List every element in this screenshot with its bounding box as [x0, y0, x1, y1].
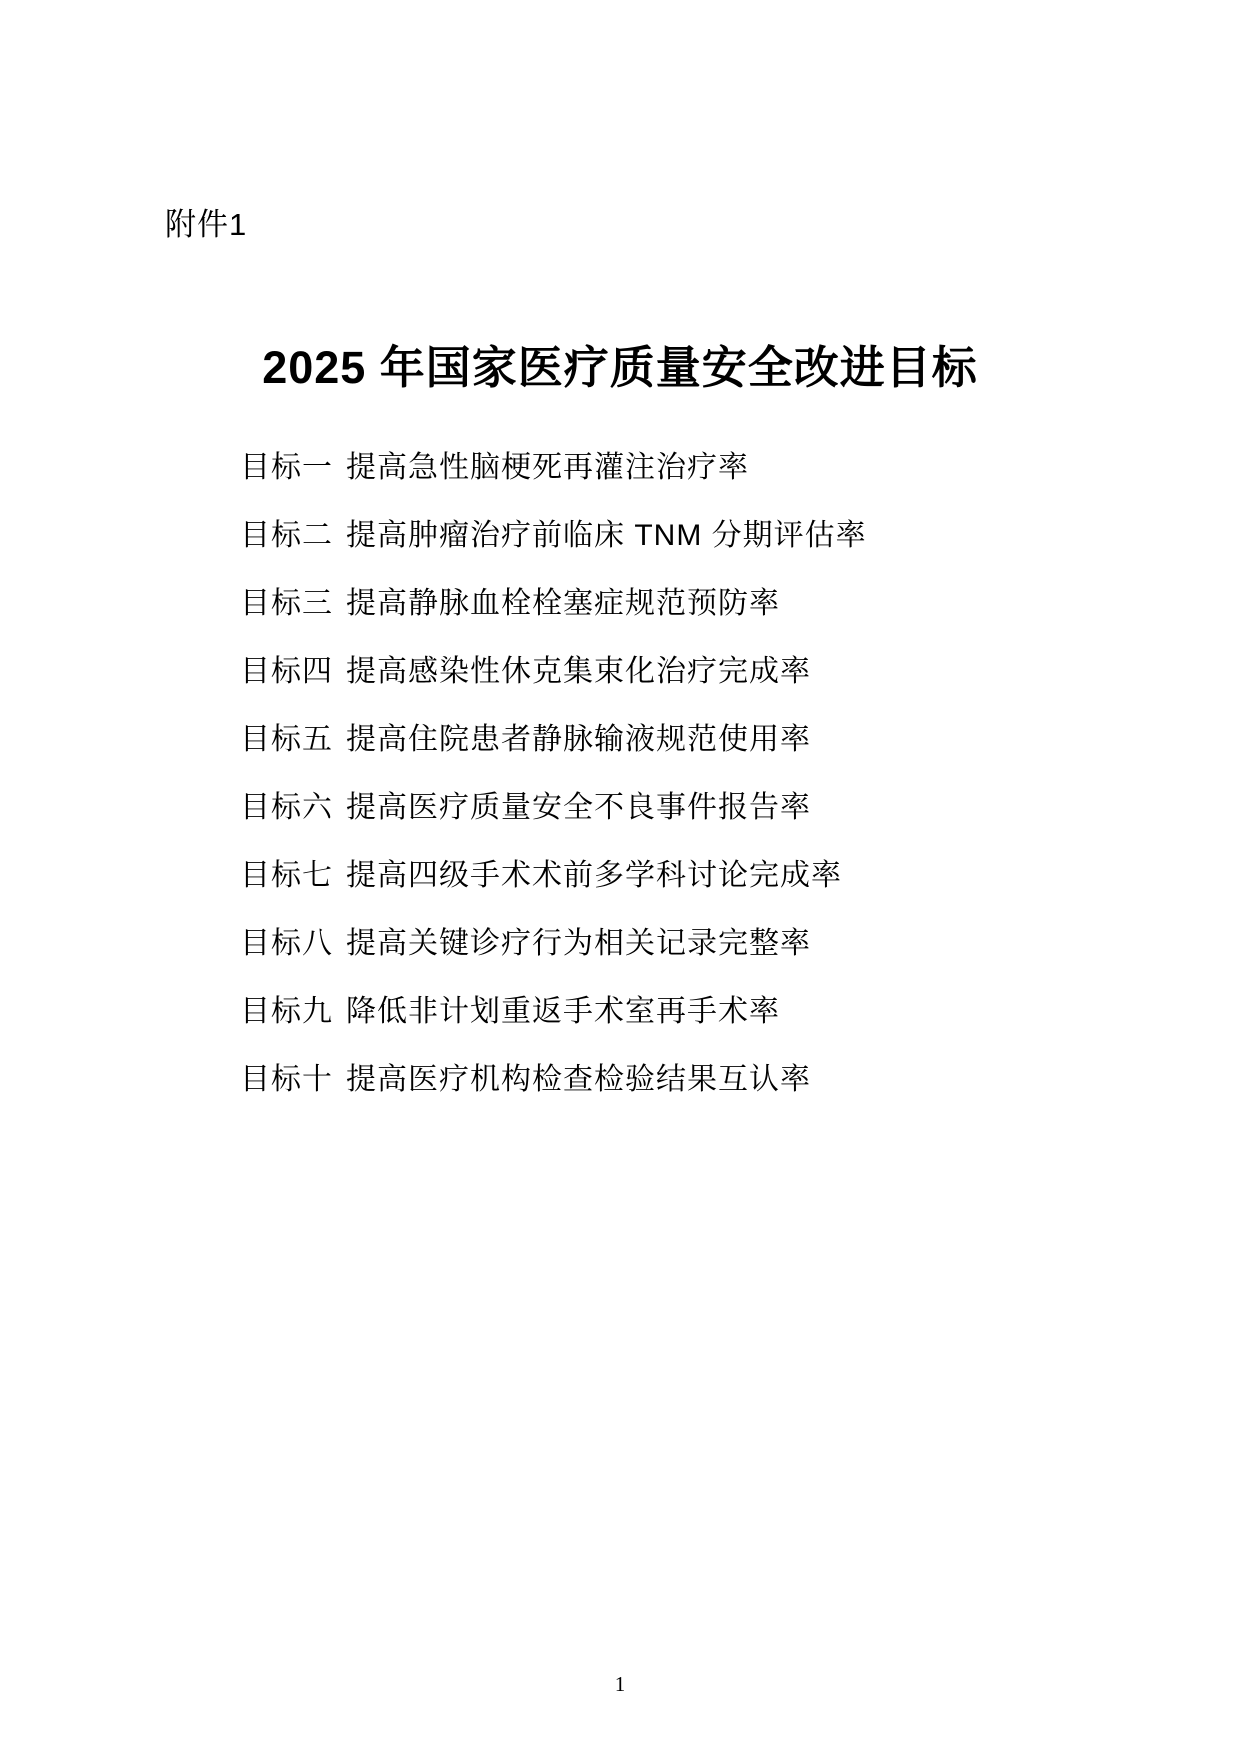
goal-number: 目标六	[240, 793, 333, 823]
goal-number: 目标十	[240, 1065, 333, 1095]
goal-item: 目标八 提高关键诊疗行为相关记录完整率	[240, 910, 1120, 978]
goal-text: 提高肿瘤治疗前临床 TNM 分期评估率	[346, 521, 867, 551]
goal-item: 目标七 提高四级手术术前多学科讨论完成率	[240, 842, 1120, 910]
goal-number: 目标五	[240, 725, 333, 755]
goal-text: 提高关键诊疗行为相关记录完整率	[346, 929, 811, 959]
page-number: 1	[0, 1672, 1240, 1697]
goal-text: 降低非计划重返手术室再手术率	[346, 997, 780, 1027]
attachment-label: 附件1	[165, 208, 247, 242]
goal-number: 目标四	[240, 657, 333, 687]
goal-item: 目标五 提高住院患者静脉输液规范使用率	[240, 706, 1120, 774]
goal-text: 提高四级手术术前多学科讨论完成率	[346, 861, 842, 891]
goal-number: 目标七	[240, 861, 333, 891]
document-page: 附件1 2025 年国家医疗质量安全改进目标 目标一 提高急性脑梗死再灌注治疗率…	[0, 0, 1240, 1754]
goal-item: 目标一 提高急性脑梗死再灌注治疗率	[240, 434, 1120, 502]
goal-item: 目标十 提高医疗机构检查检验结果互认率	[240, 1046, 1120, 1114]
goal-item: 目标二 提高肿瘤治疗前临床 TNM 分期评估率	[240, 502, 1120, 570]
goal-number: 目标一	[240, 453, 333, 483]
goal-item: 目标九 降低非计划重返手术室再手术率	[240, 978, 1120, 1046]
goal-text: 提高医疗机构检查检验结果互认率	[346, 1065, 811, 1095]
goal-text: 提高医疗质量安全不良事件报告率	[346, 793, 811, 823]
goal-number: 目标九	[240, 997, 333, 1027]
goal-number: 目标八	[240, 929, 333, 959]
goal-list: 目标一 提高急性脑梗死再灌注治疗率 目标二 提高肿瘤治疗前临床 TNM 分期评估…	[240, 434, 1120, 1114]
goal-item: 目标三 提高静脉血栓栓塞症规范预防率	[240, 570, 1120, 638]
document-title: 2025 年国家医疗质量安全改进目标	[0, 342, 1240, 394]
goal-number: 目标三	[240, 589, 333, 619]
goal-item: 目标六 提高医疗质量安全不良事件报告率	[240, 774, 1120, 842]
goal-text: 提高住院患者静脉输液规范使用率	[346, 725, 811, 755]
goal-item: 目标四 提高感染性休克集束化治疗完成率	[240, 638, 1120, 706]
goal-text: 提高急性脑梗死再灌注治疗率	[346, 453, 749, 483]
goal-text: 提高感染性休克集束化治疗完成率	[346, 657, 811, 687]
goal-text: 提高静脉血栓栓塞症规范预防率	[346, 589, 780, 619]
goal-number: 目标二	[240, 521, 333, 551]
